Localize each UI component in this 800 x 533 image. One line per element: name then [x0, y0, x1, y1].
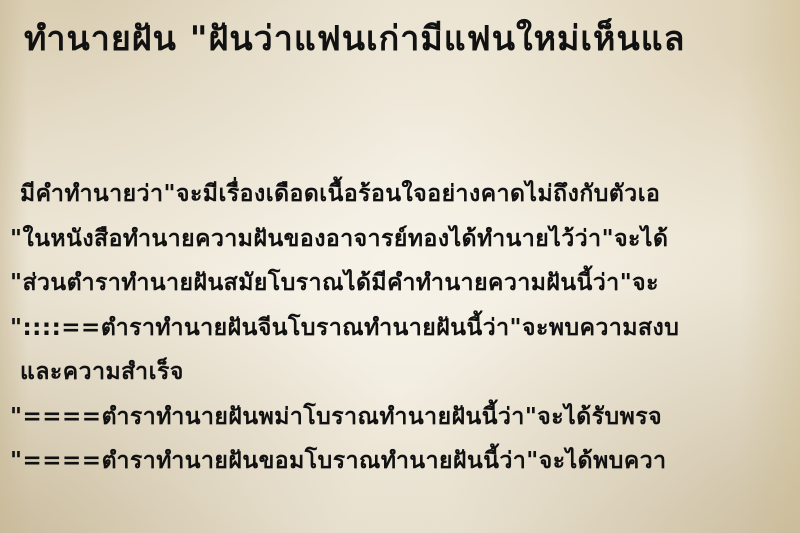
prediction-line-1: มีคำทำนายว่า"จะมีเรื่องเดือดเนื้อร้อนใจอ…: [10, 172, 679, 217]
prediction-line-6: "====ตำราทำนายฝันพม่าโบราณทำนายฝันนี้ว่า…: [10, 395, 679, 440]
page-title: ทำนายฝัน "ฝันว่าแฟนเก่ามีแฟนใหม่เห็นแล: [24, 12, 685, 66]
prediction-line-2: "ในหนังสือทำนายความฝันของอาจารย์ทองได้ทำ…: [10, 217, 679, 262]
prediction-text-block: มีคำทำนายว่า"จะมีเรื่องเดือดเนื้อร้อนใจอ…: [10, 172, 679, 484]
prediction-line-5: และความสำเร็จ: [10, 350, 679, 395]
prediction-line-4: "::::==ตำราทำนายฝันจีนโบราณทำนายฝันนี้ว่…: [10, 306, 679, 351]
prediction-line-3: "ส่วนตำราทำนายฝันสมัยโบราณได้มีคำทำนายคว…: [10, 261, 679, 306]
prediction-line-7: "====ตำราทำนายฝันขอมโบราณทำนายฝันนี้ว่า"…: [10, 439, 679, 484]
paper-edge-right: [740, 0, 800, 533]
